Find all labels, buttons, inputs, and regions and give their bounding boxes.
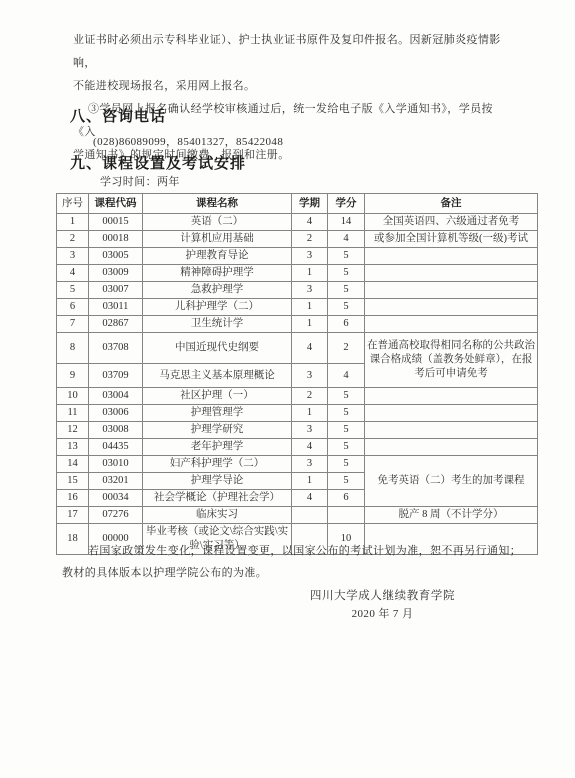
cell-name: 马克思主义基本原理概论 <box>143 364 292 388</box>
table-row: 4 03009 精神障碍护理学 1 5 <box>57 265 538 282</box>
cell-remark: 脱产 8 周（不计学分） <box>365 507 538 524</box>
signature-date: 2020 年 7 月 <box>295 607 470 621</box>
cell-code: 03010 <box>89 456 143 473</box>
cell-term: 3 <box>292 422 328 439</box>
cell-name: 精神障碍护理学 <box>143 265 292 282</box>
cell-no: 9 <box>57 364 89 388</box>
header-no: 序号 <box>57 194 89 214</box>
cell-no: 7 <box>57 316 89 333</box>
cell-credits: 4 <box>328 231 365 248</box>
course-table-container: 序号 课程代码 课程名称 学期 学分 备注 1 00015 英语（二） 4 14… <box>56 193 538 555</box>
intro-line: 不能进校现场报名，采用网上报名。 <box>73 75 509 98</box>
table-header-row: 序号 课程代码 课程名称 学期 学分 备注 <box>57 194 538 214</box>
header-code: 课程代码 <box>89 194 143 214</box>
cell-credits: 5 <box>328 265 365 282</box>
cell-no: 13 <box>57 439 89 456</box>
cell-credits: 5 <box>328 299 365 316</box>
table-row: 12 03008 护理学研究 3 5 <box>57 422 538 439</box>
section-heading-phone: 八、咨询电话 <box>70 109 166 125</box>
cell-code: 03005 <box>89 248 143 265</box>
signature-organization: 四川大学成人继续教育学院 <box>295 589 470 603</box>
cell-credits: 4 <box>328 364 365 388</box>
cell-term: 1 <box>292 473 328 490</box>
cell-code: 03009 <box>89 265 143 282</box>
cell-term: 1 <box>292 265 328 282</box>
cell-name: 妇产科护理学（二） <box>143 456 292 473</box>
cell-term: 4 <box>292 214 328 231</box>
cell-no: 14 <box>57 456 89 473</box>
cell-code: 03004 <box>89 388 143 405</box>
cell-remark-merged: 在普通高校取得相同名称的公共政治课合格成绩（盖教务处鲜章），在报考后可申请免考 <box>365 333 538 388</box>
cell-term: 1 <box>292 405 328 422</box>
cell-code: 03709 <box>89 364 143 388</box>
cell-no: 15 <box>57 473 89 490</box>
intro-line: 业证书时必须出示专科毕业证）、护士执业证书原件及复印件报名。因新冠肺炎疫情影响， <box>73 29 509 75</box>
cell-name: 急救护理学 <box>143 282 292 299</box>
cell-credits: 5 <box>328 248 365 265</box>
cell-no: 4 <box>57 265 89 282</box>
cell-name: 儿科护理学（二） <box>143 299 292 316</box>
cell-name: 社区护理（一） <box>143 388 292 405</box>
cell-no: 5 <box>57 282 89 299</box>
cell-term: 4 <box>292 333 328 364</box>
cell-credits: 6 <box>328 316 365 333</box>
closing-note-line: 教材的具体版本以护理学院公布的为准。 <box>62 562 267 585</box>
cell-term: 4 <box>292 439 328 456</box>
cell-term: 4 <box>292 490 328 507</box>
cell-name: 老年护理学 <box>143 439 292 456</box>
cell-no: 10 <box>57 388 89 405</box>
cell-credits: 5 <box>328 388 365 405</box>
cell-credits: 2 <box>328 333 365 364</box>
cell-name: 计算机应用基础 <box>143 231 292 248</box>
cell-code: 03201 <box>89 473 143 490</box>
cell-credits: 5 <box>328 282 365 299</box>
cell-no: 12 <box>57 422 89 439</box>
cell-remark <box>365 405 538 422</box>
cell-code: 03008 <box>89 422 143 439</box>
cell-remark <box>365 388 538 405</box>
cell-credits: 5 <box>328 456 365 473</box>
table-row: 10 03004 社区护理（一） 2 5 <box>57 388 538 405</box>
cell-term: 3 <box>292 282 328 299</box>
cell-remark <box>365 299 538 316</box>
cell-credits: 5 <box>328 473 365 490</box>
document-page: 业证书时必须出示专科毕业证）、护士执业证书原件及复印件报名。因新冠肺炎疫情影响，… <box>0 0 575 778</box>
cell-term: 3 <box>292 364 328 388</box>
cell-credits: 6 <box>328 490 365 507</box>
cell-term: 2 <box>292 388 328 405</box>
cell-code: 04435 <box>89 439 143 456</box>
cell-term: 1 <box>292 316 328 333</box>
cell-remark: 或参加全国计算机等级(一级)考试 <box>365 231 538 248</box>
cell-remark <box>365 439 538 456</box>
cell-remark <box>365 248 538 265</box>
table-row: 2 00018 计算机应用基础 2 4 或参加全国计算机等级(一级)考试 <box>57 231 538 248</box>
cell-no: 8 <box>57 333 89 364</box>
table-row: 3 03005 护理教育导论 3 5 <box>57 248 538 265</box>
cell-remark <box>365 265 538 282</box>
cell-credits: 14 <box>328 214 365 231</box>
phone-numbers: (028)86089099，85401327，85422048 <box>93 136 283 148</box>
table-row: 5 03007 急救护理学 3 5 <box>57 282 538 299</box>
table-row: 11 03006 护理管理学 1 5 <box>57 405 538 422</box>
table-row: 7 02867 卫生统计学 1 6 <box>57 316 538 333</box>
cell-code: 03007 <box>89 282 143 299</box>
cell-code: 02867 <box>89 316 143 333</box>
cell-name: 护理教育导论 <box>143 248 292 265</box>
cell-no: 3 <box>57 248 89 265</box>
signature-block: 四川大学成人继续教育学院 2020 年 7 月 <box>295 589 470 621</box>
course-table: 序号 课程代码 课程名称 学期 学分 备注 1 00015 英语（二） 4 14… <box>56 193 538 555</box>
header-term: 学期 <box>292 194 328 214</box>
cell-code: 00018 <box>89 231 143 248</box>
table-row: 1 00015 英语（二） 4 14 全国英语四、六级通过者免考 <box>57 214 538 231</box>
cell-credits <box>328 507 365 524</box>
cell-remark <box>365 422 538 439</box>
cell-term: 2 <box>292 231 328 248</box>
cell-name: 护理学导论 <box>143 473 292 490</box>
cell-name: 中国近现代史纲要 <box>143 333 292 364</box>
cell-name: 卫生统计学 <box>143 316 292 333</box>
table-row: 14 03010 妇产科护理学（二） 3 5 免考英语（二）考生的加考课程 <box>57 456 538 473</box>
cell-no: 1 <box>57 214 89 231</box>
table-row: 13 04435 老年护理学 4 5 <box>57 439 538 456</box>
cell-term <box>292 507 328 524</box>
header-remark: 备注 <box>365 194 538 214</box>
cell-no: 11 <box>57 405 89 422</box>
cell-remark <box>365 282 538 299</box>
cell-term: 3 <box>292 456 328 473</box>
cell-name: 社会学概论（护理社会学） <box>143 490 292 507</box>
cell-remark: 全国英语四、六级通过者免考 <box>365 214 538 231</box>
cell-code: 00034 <box>89 490 143 507</box>
cell-term: 3 <box>292 248 328 265</box>
cell-code: 07276 <box>89 507 143 524</box>
cell-name: 临床实习 <box>143 507 292 524</box>
cell-name: 护理学研究 <box>143 422 292 439</box>
cell-term: 1 <box>292 299 328 316</box>
cell-credits: 5 <box>328 439 365 456</box>
table-row: 17 07276 临床实习 脱产 8 周（不计学分） <box>57 507 538 524</box>
cell-remark <box>365 316 538 333</box>
section-heading-courses: 九、课程设置及考试安排 <box>70 156 246 172</box>
cell-code: 03708 <box>89 333 143 364</box>
cell-no: 18 <box>57 524 89 555</box>
cell-code: 00015 <box>89 214 143 231</box>
cell-no: 2 <box>57 231 89 248</box>
header-name: 课程名称 <box>143 194 292 214</box>
cell-credits: 5 <box>328 422 365 439</box>
study-time-label: 学习时间：两年 <box>100 176 180 188</box>
cell-no: 16 <box>57 490 89 507</box>
table-row: 6 03011 儿科护理学（二） 1 5 <box>57 299 538 316</box>
cell-code: 03006 <box>89 405 143 422</box>
cell-name: 英语（二） <box>143 214 292 231</box>
cell-name: 护理管理学 <box>143 405 292 422</box>
cell-no: 6 <box>57 299 89 316</box>
cell-code: 03011 <box>89 299 143 316</box>
header-credits: 学分 <box>328 194 365 214</box>
closing-note-line: 若国家政策发生变化，课程设置变更，以国家公布的考试计划为准，恕不再另行通知； <box>88 540 521 563</box>
cell-remark-merged: 免考英语（二）考生的加考课程 <box>365 456 538 507</box>
cell-credits: 5 <box>328 405 365 422</box>
cell-no: 17 <box>57 507 89 524</box>
table-row: 8 03708 中国近现代史纲要 4 2 在普通高校取得相同名称的公共政治课合格… <box>57 333 538 364</box>
